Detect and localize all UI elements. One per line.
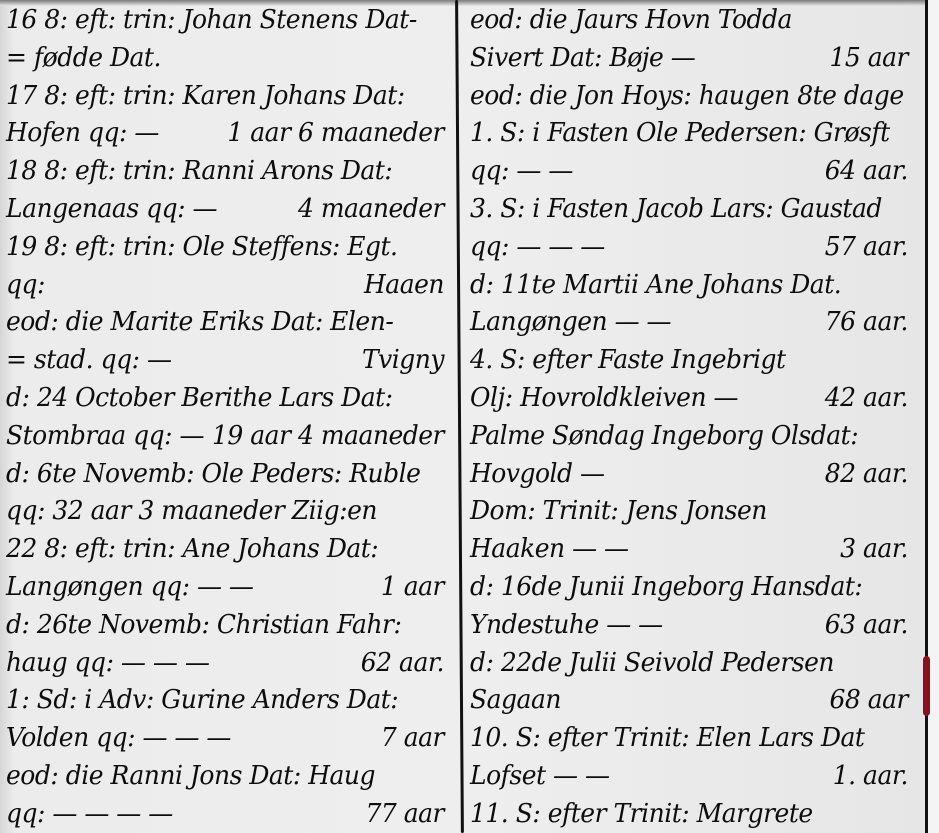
entry-text: 16 8: eft: trin: Johan Stenens Dat- bbox=[6, 4, 417, 34]
entry-text: Stombraa qq: — bbox=[6, 420, 204, 450]
entry-age: 62 aar. bbox=[361, 647, 444, 677]
entry-text: 17 8: eft: trin: Karen Johans Dat: bbox=[6, 80, 405, 110]
entry-text: Yndestuhe — — bbox=[470, 609, 663, 639]
register-line: d: 22de Julii Seivold Pedersen bbox=[470, 647, 916, 677]
register-line: 18 8: eft: trin: Ranni Arons Dat: bbox=[6, 155, 452, 185]
entry-text: d: 16de Junii Ingeborg Hansdat: bbox=[470, 571, 862, 601]
entry-text: qq: — — — — bbox=[6, 798, 173, 828]
register-line: 19 8: eft: trin: Ole Steffens: Egt. bbox=[6, 231, 452, 261]
register-line: Olj: Hovroldkleiven —42 aar. bbox=[470, 382, 916, 412]
register-line: Lofset — —1. aar. bbox=[470, 760, 916, 790]
entry-text: qq: — — — bbox=[470, 231, 605, 261]
entry-age: 1 aar 6 maaneder bbox=[227, 117, 444, 147]
entry-age: 82 aar. bbox=[825, 458, 908, 488]
entry-text: eod: die Jon Hoys: haugen 8te dage bbox=[470, 80, 904, 110]
register-line: d: 24 October Berithe Lars Dat: bbox=[6, 382, 452, 412]
right-column: eod: die Jaurs Hovn ToddaSivert Dat: Bøj… bbox=[464, 0, 922, 833]
register-line: qq: — — — —77 aar bbox=[6, 798, 452, 828]
register-line: haug qq: — — —62 aar. bbox=[6, 647, 452, 677]
entry-text: Langøngen — — bbox=[470, 306, 671, 336]
entry-text: Hovgold — bbox=[470, 458, 604, 488]
register-line: eod: die Jaurs Hovn Todda bbox=[470, 4, 916, 34]
entry-age: 1 aar bbox=[381, 571, 444, 601]
entry-age: 64 aar. bbox=[825, 155, 908, 185]
entry-text: eod: die Ranni Jons Dat: Haug bbox=[6, 760, 375, 790]
register-line: = fødde Dat. bbox=[6, 42, 452, 72]
entry-age: 3 aar. bbox=[840, 533, 908, 563]
left-column: 16 8: eft: trin: Johan Stenens Dat-= fød… bbox=[0, 0, 458, 833]
entry-age: 7 aar bbox=[381, 722, 444, 752]
register-line: Langøngen — —76 aar. bbox=[470, 306, 916, 336]
register-line: 4. S: efter Faste Ingebrigt bbox=[470, 344, 916, 374]
scroll-indicator[interactable] bbox=[923, 656, 930, 716]
register-line: Stombraa qq: —19 aar 4 maaneder bbox=[6, 420, 452, 450]
entry-text: d: 11te Martii Ane Johans Dat. bbox=[470, 269, 841, 299]
entry-age: 68 aar bbox=[829, 684, 908, 714]
entry-age: Haaen bbox=[364, 269, 444, 299]
entry-text: 19 8: eft: trin: Ole Steffens: Egt. bbox=[6, 231, 398, 261]
register-line: Dom: Trinit: Jens Jonsen bbox=[470, 495, 916, 525]
entry-age: 76 aar. bbox=[825, 306, 908, 336]
register-line: Langøngen qq: — —1 aar bbox=[6, 571, 452, 601]
entry-text: Hofen qq: — bbox=[6, 117, 159, 147]
register-line: eod: die Jon Hoys: haugen 8te dage bbox=[470, 80, 916, 110]
register-line: 11. S: efter Trinit: Margrete bbox=[470, 798, 916, 828]
register-line: qq: — — —57 aar. bbox=[470, 231, 916, 261]
register-line: d: 16de Junii Ingeborg Hansdat: bbox=[470, 571, 916, 601]
register-line: Yndestuhe — —63 aar. bbox=[470, 609, 916, 639]
entry-text: d: 6te Novemb: Ole Peders: Ruble bbox=[6, 458, 420, 488]
entry-text: Sagaan bbox=[470, 684, 561, 714]
register-line: Palme Søndag Ingeborg Olsdat: bbox=[470, 420, 916, 450]
register-line: Sivert Dat: Bøje —15 aar bbox=[470, 42, 916, 72]
entry-age: 57 aar. bbox=[825, 231, 908, 261]
entry-text: qq: — — bbox=[470, 155, 573, 185]
register-line: 3. S: i Fasten Jacob Lars: Gaustad bbox=[470, 193, 916, 223]
entry-text: 3. S: i Fasten Jacob Lars: Gaustad bbox=[470, 193, 882, 223]
entry-text: 18 8: eft: trin: Ranni Arons Dat: bbox=[6, 155, 392, 185]
register-line: qq:Haaen bbox=[6, 269, 452, 299]
entry-age: 42 aar. bbox=[825, 382, 908, 412]
entry-age: 77 aar bbox=[365, 798, 444, 828]
entry-text: qq: 32 aar 3 maaneder Ziig:en bbox=[6, 495, 377, 525]
entry-text: qq: bbox=[6, 269, 45, 299]
entry-age: 4 maaneder bbox=[298, 193, 444, 223]
register-line: 1: Sd: i Adv: Gurine Anders Dat: bbox=[6, 684, 452, 714]
register-line: d: 6te Novemb: Ole Peders: Ruble bbox=[6, 458, 452, 488]
entry-age: 15 aar bbox=[829, 42, 908, 72]
entry-text: Olj: Hovroldkleiven — bbox=[470, 382, 738, 412]
entry-text: 4. S: efter Faste Ingebrigt bbox=[470, 344, 786, 374]
register-line: d: 11te Martii Ane Johans Dat. bbox=[470, 269, 916, 299]
register-line: Haaken — —3 aar. bbox=[470, 533, 916, 563]
entry-text: Lofset — — bbox=[470, 760, 609, 790]
register-line: Langenaas qq: —4 maaneder bbox=[6, 193, 452, 223]
register-line: 10. S: efter Trinit: Elen Lars Dat bbox=[470, 722, 916, 752]
entry-text: = stad. qq: — bbox=[6, 344, 171, 374]
register-line: eod: die Marite Eriks Dat: Elen- bbox=[6, 306, 452, 336]
register-line: 22 8: eft: trin: Ane Johans Dat: bbox=[6, 533, 452, 563]
register-line: 17 8: eft: trin: Karen Johans Dat: bbox=[6, 80, 452, 110]
entry-text: 1. S: i Fasten Ole Pedersen: Grøsft bbox=[470, 117, 890, 147]
entry-age: 19 aar 4 maaneder bbox=[212, 420, 444, 450]
entry-text: Sivert Dat: Bøje — bbox=[470, 42, 695, 72]
scanned-register-page: 16 8: eft: trin: Johan Stenens Dat-= fød… bbox=[0, 0, 939, 833]
entry-text: = fødde Dat. bbox=[6, 42, 161, 72]
register-line: Sagaan68 aar bbox=[470, 684, 916, 714]
entry-age: Tvigny bbox=[362, 344, 444, 374]
entry-text: haug qq: — — — bbox=[6, 647, 209, 677]
entry-text: d: 22de Julii Seivold Pedersen bbox=[470, 647, 834, 677]
register-line: Hovgold —82 aar. bbox=[470, 458, 916, 488]
entry-text: 11. S: efter Trinit: Margrete bbox=[470, 798, 813, 828]
entry-text: Volden qq: — — — bbox=[6, 722, 231, 752]
register-line: eod: die Ranni Jons Dat: Haug bbox=[6, 760, 452, 790]
entry-text: d: 24 October Berithe Lars Dat: bbox=[6, 382, 393, 412]
entry-text: Dom: Trinit: Jens Jonsen bbox=[470, 495, 767, 525]
entry-text: eod: die Marite Eriks Dat: Elen- bbox=[6, 306, 393, 336]
entry-text: 22 8: eft: trin: Ane Johans Dat: bbox=[6, 533, 378, 563]
register-line: Hofen qq: —1 aar 6 maaneder bbox=[6, 117, 452, 147]
entry-text: Haaken — — bbox=[470, 533, 629, 563]
register-line: qq: — —64 aar. bbox=[470, 155, 916, 185]
entry-text: Palme Søndag Ingeborg Olsdat: bbox=[470, 420, 858, 450]
entry-text: 10. S: efter Trinit: Elen Lars Dat bbox=[470, 722, 864, 752]
entry-text: Langenaas qq: — bbox=[6, 193, 217, 223]
entry-text: eod: die Jaurs Hovn Todda bbox=[470, 4, 792, 34]
entry-text: 1: Sd: i Adv: Gurine Anders Dat: bbox=[6, 684, 398, 714]
register-line: Volden qq: — — —7 aar bbox=[6, 722, 452, 752]
entry-text: d: 26te Novemb: Christian Fahr: bbox=[6, 609, 401, 639]
register-line: 16 8: eft: trin: Johan Stenens Dat- bbox=[6, 4, 452, 34]
register-line: d: 26te Novemb: Christian Fahr: bbox=[6, 609, 452, 639]
entry-text: Langøngen qq: — — bbox=[6, 571, 253, 601]
entry-age: 63 aar. bbox=[825, 609, 908, 639]
register-line: qq: 32 aar 3 maaneder Ziig:en bbox=[6, 495, 452, 525]
register-line: 1. S: i Fasten Ole Pedersen: Grøsft bbox=[470, 117, 916, 147]
entry-age: 1. aar. bbox=[833, 760, 908, 790]
register-line: = stad. qq: —Tvigny bbox=[6, 344, 452, 374]
